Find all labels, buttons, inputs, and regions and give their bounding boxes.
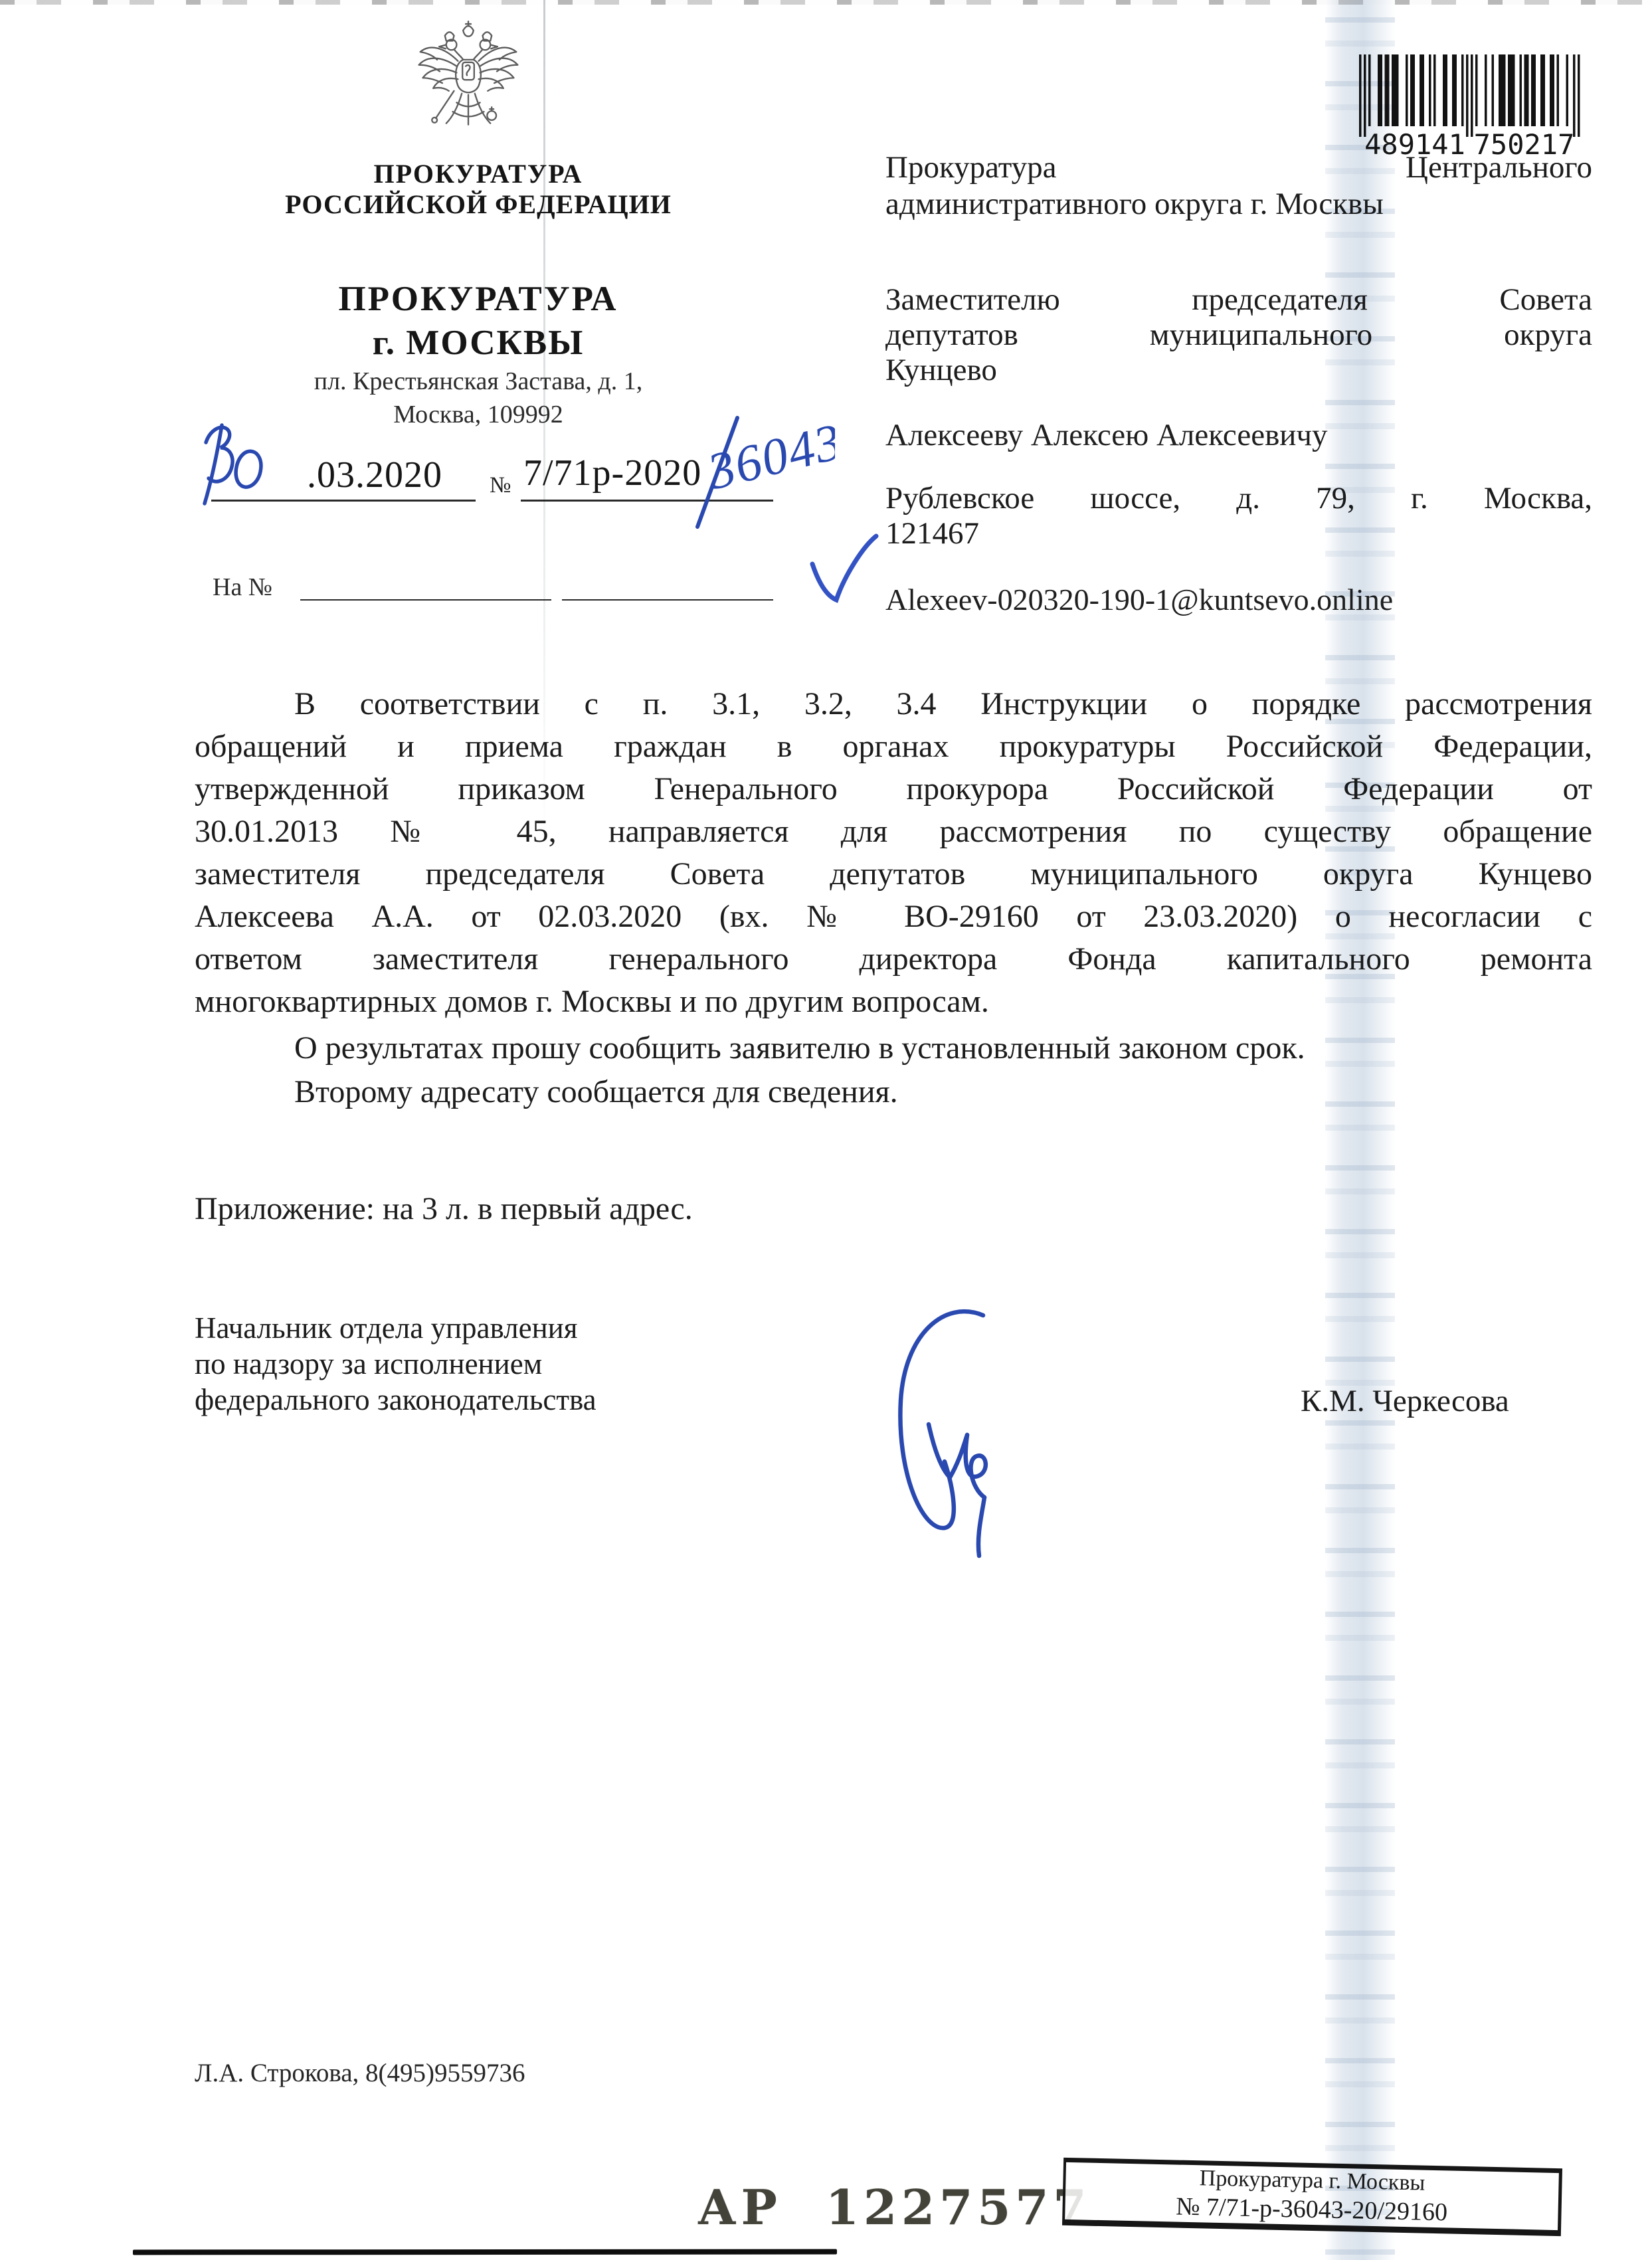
barcode-bar <box>1385 54 1388 126</box>
barcode-bar <box>1413 54 1416 126</box>
barcode-bar <box>1387 54 1390 126</box>
addressee-person: Заместителю председателя Советадепутатов… <box>885 282 1592 388</box>
barcode-bar <box>1368 54 1371 126</box>
handwritten-number-ink: 36043 <box>679 409 835 531</box>
barcode-bar <box>1392 54 1394 126</box>
barcode-bar <box>1573 54 1576 137</box>
barcode-bar <box>1503 54 1506 126</box>
barcode-bar <box>1445 54 1448 126</box>
stamp-org-name: Прокуратура г. Москвы <box>1199 2166 1425 2196</box>
barcode-bar <box>1499 54 1501 126</box>
text-line: 121467 <box>885 516 1592 551</box>
signature-ink <box>883 1294 1050 1573</box>
barcode-bar <box>1526 54 1529 126</box>
text-line: административного округа г. Москвы <box>885 186 1592 223</box>
addressee-email: Alexeev-020320-190-1@kuntsevo.online <box>885 582 1616 617</box>
barcode-bar <box>1429 54 1431 126</box>
text-line: Рублевское шоссе, д. 79, г. Москва, <box>885 481 1592 516</box>
signer-name: К.М. Черкесова <box>1301 1383 1593 1419</box>
number-sign: № <box>490 473 511 498</box>
registration-stamp: Прокуратура г. Москвы № 7/71-р-36043-20/… <box>1062 2158 1562 2236</box>
barcode-bar <box>1396 54 1399 126</box>
text-line: Начальник отдела управления <box>195 1310 925 1346</box>
barcode-bar <box>1410 54 1413 126</box>
text-line: утвержденной приказом Генерального проку… <box>195 768 1592 810</box>
letterhead-org-line1: ПРОКУРАТУРА <box>193 158 764 189</box>
barcode-bar <box>1513 54 1515 126</box>
executor-contact: Л.А. Строкова, 8(495)9559736 <box>195 2058 525 2088</box>
barcode-bar <box>1406 54 1408 126</box>
barcode-bar <box>1531 54 1534 126</box>
coat-of-arms-icon <box>410 20 527 150</box>
text-line: депутатов муниципального округа <box>885 318 1592 353</box>
barcode-bar <box>1364 54 1366 137</box>
barcode-bar <box>1550 54 1552 126</box>
stamp-reg-number: № 7/71-р-36043-20/29160 <box>1176 2192 1448 2227</box>
body-paragraph-3: Второму адресату сообщается для сведения… <box>195 1071 1592 1113</box>
text-line: Алексеева А.А. от 02.03.2020 (вх. № ВО-2… <box>195 895 1592 938</box>
letterhead-org-line3: ПРОКУРАТУРА <box>193 279 764 319</box>
barcode-bar <box>1380 54 1383 126</box>
letterhead-address-line1: пл. Крестьянская Застава, д. 1, <box>193 367 764 396</box>
addressee-postal-address: Рублевское шоссе, д. 79, г. Москва,12146… <box>885 481 1592 551</box>
barcode-bar <box>1433 54 1436 126</box>
reference-underline-2 <box>562 599 773 601</box>
barcode-bar <box>1540 54 1543 126</box>
text-line: 30.01.2013 № 45, направляется для рассмо… <box>195 810 1592 853</box>
text-line: по надзору за исполнением <box>195 1346 925 1382</box>
letterhead-address-line2: Москва, 109992 <box>193 400 764 429</box>
scan-bottom-edge-line <box>133 2249 837 2255</box>
barcode-bar <box>1501 54 1504 126</box>
barcode-bar <box>1543 54 1546 126</box>
barcode: 489141750217 <box>1355 53 1589 161</box>
body-paragraph-2: О результатах прошу сообщить заявителю в… <box>195 1027 1592 1070</box>
barcode-bar <box>1466 54 1469 137</box>
barcode-bar <box>1443 54 1445 126</box>
scanned-letter-page: ПРОКУРАТУРА РОССИЙСКОЙ ФЕДЕРАЦИИ ПРОКУРА… <box>0 0 1652 2260</box>
handwritten-number-text: 36043 <box>701 411 835 500</box>
barcode-bar <box>1534 54 1536 126</box>
text-line: В соответствии с п. 3.1, 3.2, 3.4 Инстру… <box>195 683 1592 725</box>
barcode-bar <box>1566 54 1569 126</box>
barcode-bar <box>1475 54 1478 126</box>
printed-date: .03.2020 <box>307 454 442 496</box>
signer-position: Начальник отдела управленияпо надзору за… <box>195 1310 925 1418</box>
body-paragraph-1: В соответствии с п. 3.1, 3.2, 3.4 Инстру… <box>195 683 1592 1023</box>
barcode-bar <box>1511 54 1513 126</box>
text-line: Прокуратура Центрального <box>885 149 1592 186</box>
addressee-name: Алексееву Алексею Алексеевичу <box>885 417 1592 453</box>
barcode-bar <box>1471 54 1473 137</box>
barcode-bar <box>1492 54 1495 126</box>
barcode-bar <box>1520 54 1522 126</box>
scan-top-edge-artifact <box>0 0 1652 5</box>
barcode-bar <box>1455 54 1457 126</box>
letterhead-org-line4: г. МОСКВЫ <box>193 323 764 363</box>
text-line: обращений и приема граждан в органах про… <box>195 725 1592 768</box>
barcode-bar <box>1422 54 1425 126</box>
barcode-bar <box>1485 54 1487 126</box>
reference-underline-1 <box>300 599 551 601</box>
letterhead-org-line2: РОССИЙСКОЙ ФЕДЕРАЦИИ <box>193 189 764 220</box>
barcode-bar <box>1578 54 1580 137</box>
text-line: Кунцево <box>885 353 1592 388</box>
reference-label: На № <box>213 573 272 602</box>
addressee-office: Прокуратура Центральногоадминистративног… <box>885 149 1592 223</box>
form-number: АР 1227577 <box>697 2179 1091 2235</box>
barcode-bar <box>1452 54 1455 126</box>
barcode-bar <box>1394 54 1397 126</box>
text-line: федерального законодательства <box>195 1382 925 1418</box>
barcode-bar <box>1420 54 1422 126</box>
barcode-bar <box>1508 54 1511 126</box>
barcode-bar <box>1524 54 1527 126</box>
text-line: многоквартирных домов г. Москвы и по дру… <box>195 981 1592 1023</box>
text-line: Заместителю председателя Совета <box>885 282 1592 318</box>
barcode-bar <box>1461 54 1464 126</box>
printed-outgoing-number: 7/71р-2020 <box>523 452 701 494</box>
barcode-bar <box>1359 54 1362 137</box>
handwritten-day-ink <box>191 420 271 513</box>
barcode-bar <box>1552 54 1555 126</box>
barcode-bar <box>1378 54 1380 126</box>
checkmark-ink-icon <box>806 533 882 603</box>
text-line: заместителя председателя Совета депутато… <box>195 853 1592 895</box>
attachment-note: Приложение: на 3 л. в первый адрес. <box>195 1190 1125 1227</box>
barcode-bar <box>1557 54 1560 126</box>
text-line: ответом заместителя генерального директо… <box>195 938 1592 981</box>
